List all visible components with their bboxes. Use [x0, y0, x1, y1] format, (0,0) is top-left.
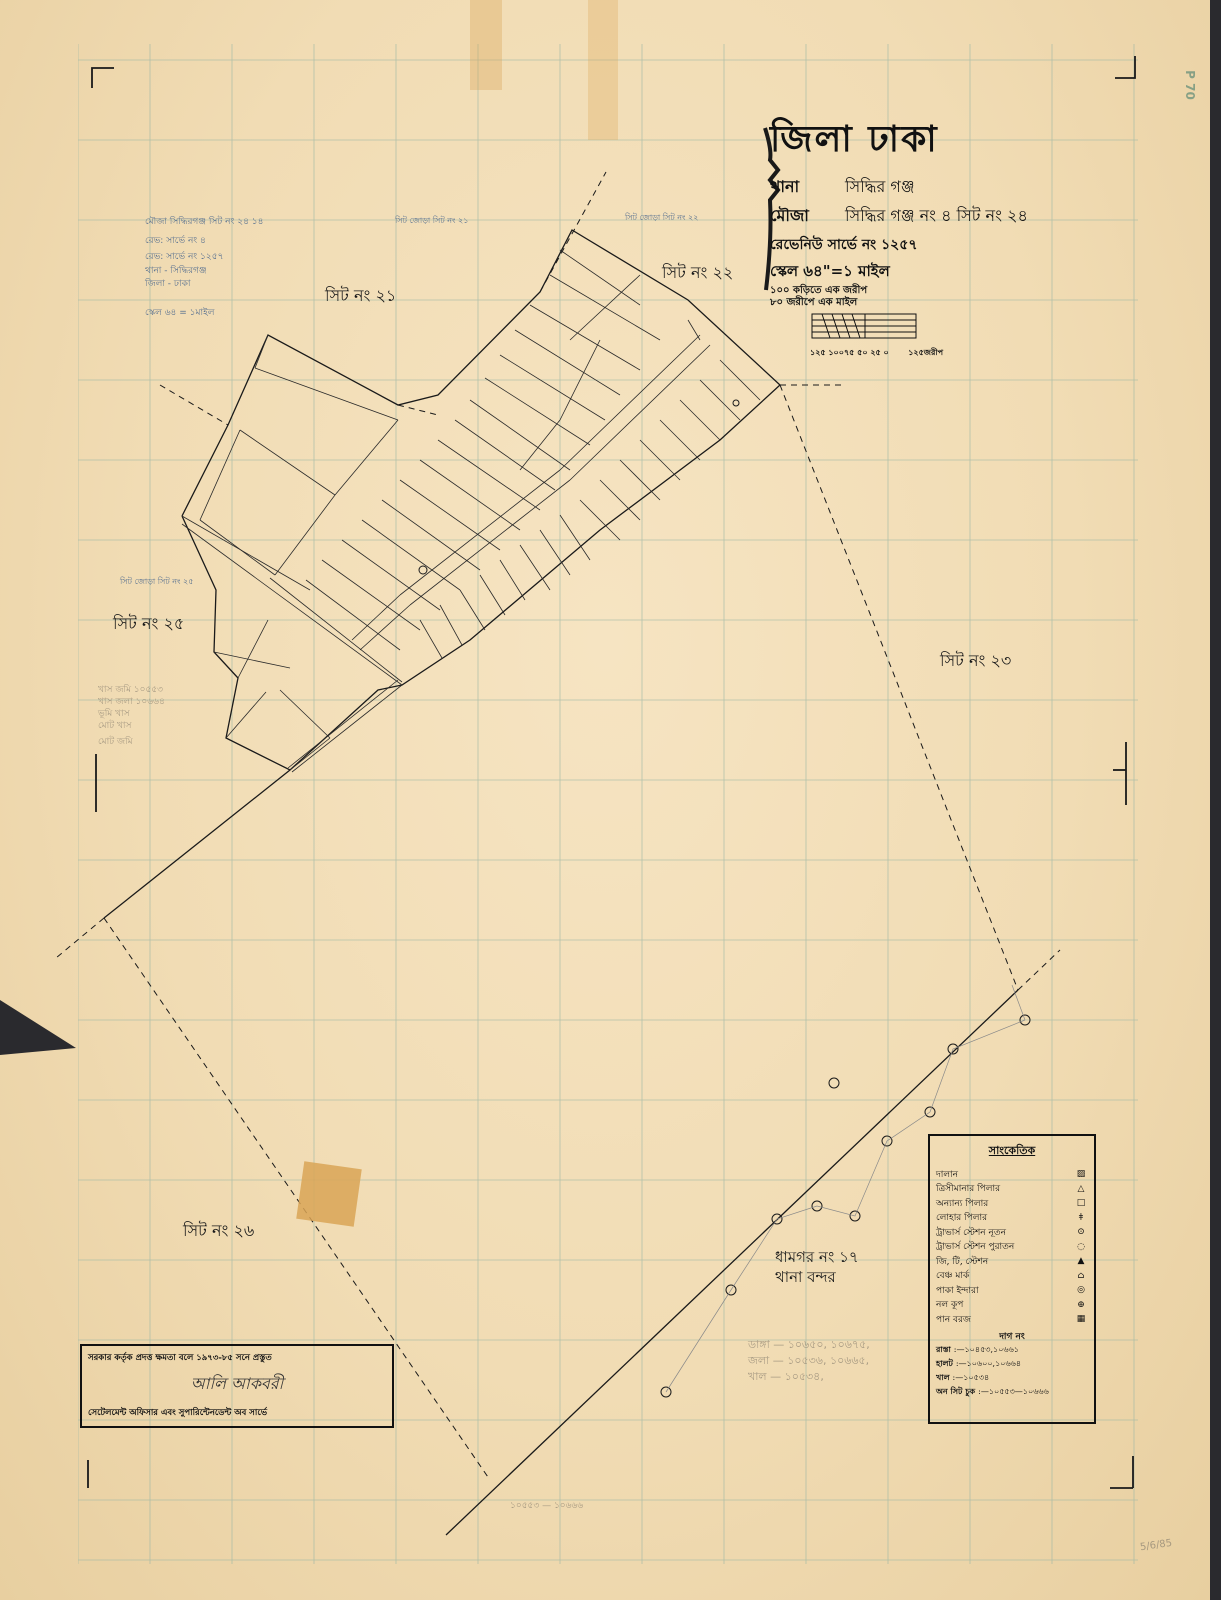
title-block: জিলা ঢাকা থানা সিদ্ধির গঞ্জ মৌজা সিদ্ধির…: [770, 112, 1100, 358]
scale-bar-labels: ১২৫ ১০০৭৫ ৫০ ২৫ ০ ১২৫জরীপ: [810, 346, 1100, 358]
pencil-note: রেভ: সার্ভে নং ৪: [145, 233, 206, 248]
dag-header: দাগ নং: [930, 1329, 1094, 1344]
legend-label: পান বরজ: [936, 1312, 971, 1327]
traverse-station-old-icon: ◌: [1074, 1242, 1088, 1252]
district-title: জিলা ঢাকা: [770, 112, 1100, 172]
dag-row: অন সিট চুক:—১০৫৫৩—১০৬৬৬: [930, 1386, 1094, 1400]
legend-item: পান বরজ▦: [930, 1312, 1094, 1327]
traverse-station-new-icon: ⊙: [1074, 1227, 1088, 1237]
thana-value: সিদ্ধির গঞ্জ: [845, 174, 915, 201]
dag-value: :—১০৫৩৪: [953, 1372, 990, 1385]
pencil-note: মোট জমি: [98, 734, 133, 749]
legend-item: ট্রাভার্স স্টেশন পুরাতন◌: [930, 1240, 1094, 1255]
legend-item: লোহার পিলারǂ: [930, 1211, 1094, 1226]
dag-value: :—১০৬০০,১০৬৬৪: [956, 1358, 1021, 1371]
legend-item: জি, টি, স্টেশন▲: [930, 1254, 1094, 1269]
building-icon: ▨: [1074, 1169, 1088, 1179]
pencil-note: স্কেল ৬৪ = ১মাইল: [145, 305, 215, 320]
pencil-note: ১০৫৫৩ — ১০৬৬৬: [510, 1498, 583, 1513]
dag-value: :—১০৫৫৩—১০৬৬৬: [978, 1386, 1049, 1399]
thana-key: থানা: [770, 174, 845, 201]
pencil-note: খাল — ১০৫৩৪,: [748, 1368, 824, 1387]
legend-item: বেঞ্চ মার্ক⌂: [930, 1269, 1094, 1284]
officer-designation: সেটেলমেন্ট অফিসার এবং সুপারিন্টেনডেন্ট অ…: [82, 1398, 392, 1420]
dag-label: হালট: [936, 1358, 953, 1371]
gt-station-icon: ▲: [1074, 1256, 1088, 1266]
dag-row: হালট:—১০৬০০,১০৬৬৪: [930, 1358, 1094, 1372]
dag-label: খাল: [936, 1372, 950, 1385]
neighbour-mouza-thana: থানা বন্দর: [775, 1266, 836, 1291]
masonry-well-icon: ◎: [1074, 1285, 1088, 1295]
iron-pillar-icon: ǂ: [1074, 1213, 1088, 1223]
adjacent-sheet-21: সিট নং ২১: [325, 283, 396, 310]
officer-signature: আলি আকবরী: [82, 1371, 392, 1398]
south-west-boundary: [104, 770, 290, 918]
legend-label: লোহার পিলার: [936, 1210, 987, 1225]
sheet-corner-number: P 70: [1183, 70, 1197, 100]
scale-note-2: ৮০ জরীপে এক মাইল: [770, 297, 1100, 309]
dag-label: অন সিট চুক: [936, 1386, 975, 1399]
legend-title: সাংকেতিক: [930, 1142, 1094, 1161]
legend-label: ট্রাভার্স স্টেশন নূতন: [936, 1225, 1006, 1240]
certification-line: সরকার কর্তৃক প্রদত্ত ক্ষমতা বলে ১৯৭৩-৮৫ …: [82, 1346, 392, 1365]
dag-row: রাস্তা:—১০৪৫৩,১০৬৬১: [930, 1344, 1094, 1358]
legend-item: ট্রাভার্স স্টেশন নূতন⊙: [930, 1225, 1094, 1240]
adjacent-sheet-25: সিট নং ২৫: [113, 611, 184, 638]
tape-stain: [296, 1161, 362, 1227]
pencil-note: জিলা - ঢাকা: [145, 276, 191, 291]
tape-stain-top: [470, 0, 502, 90]
legend-label: ট্রাভার্স স্টেশন পুরাতন: [936, 1239, 1014, 1254]
pencil-note: রেভ: সার্ভে নং ১২৫৭: [145, 249, 223, 264]
tape-stain-top: [588, 0, 618, 140]
legend-item: ত্রিসীমানার পিলার△: [930, 1182, 1094, 1197]
map-scale: স্কেল ৬৪"=১ মাইল: [770, 260, 1100, 285]
legend-item: দালান▨: [930, 1167, 1094, 1182]
legend-label: জি, টি, স্টেশন: [936, 1254, 988, 1269]
legend-item: পাকা ইন্দারা◎: [930, 1283, 1094, 1298]
legend-label: পাকা ইন্দারা: [936, 1283, 979, 1298]
pencil-sheet-ref: সিট জোড়া সিট নং ২৫: [120, 576, 193, 589]
scale-bar-left-label: ১২৫ ১০০৭৫ ৫০ ২৫ ০: [810, 347, 889, 357]
legend-label: নল কূপ: [936, 1297, 963, 1312]
mouza-value: সিদ্ধির গঞ্জ নং ৪ সিট নং ২৪: [845, 203, 1028, 230]
legend-label: বেঞ্চ মার্ক: [936, 1268, 969, 1283]
bench-mark-icon: ⌂: [1074, 1271, 1088, 1281]
dag-label: রাস্তা: [936, 1344, 951, 1357]
betel-garden-icon: ▦: [1074, 1314, 1088, 1324]
adjacent-sheet-26: সিট নং ২৬: [183, 1218, 254, 1245]
mouza-key: মৌজা: [770, 203, 845, 230]
adjacent-sheet-23: সিট নং ২৩: [940, 648, 1011, 675]
scale-bar: [810, 312, 920, 342]
tube-well-icon: ⊕: [1074, 1300, 1088, 1310]
thana-row: থানা সিদ্ধির গঞ্জ: [770, 174, 1100, 201]
pencil-sheet-ref: সিট জোড়া সিট নং ২২: [625, 212, 698, 225]
pencil-note: মোট খাস: [98, 718, 132, 733]
adjacent-sheet-22: সিট নং ২২: [662, 260, 733, 287]
pencil-sheet-ref: সিট জোড়া সিট নং ২১: [395, 215, 468, 228]
mouza-row: মৌজা সিদ্ধির গঞ্জ নং ৪ সিট নং ২৪: [770, 203, 1100, 230]
legend-box: সাংকেতিক দালান▨ ত্রিসীমানার পিলার△ অন্যা…: [928, 1134, 1096, 1424]
cadastral-map-sheet: জিলা ঢাকা থানা সিদ্ধির গঞ্জ মৌজা সিদ্ধির…: [0, 0, 1210, 1600]
dag-value: :—১০৪৫৩,১০৬৬১: [954, 1344, 1019, 1357]
tri-junction-pillar-icon: △: [1074, 1184, 1088, 1194]
dag-row: খাল:—১০৫৩৪: [930, 1372, 1094, 1386]
legend-item: অন্যান্য পিলার□: [930, 1196, 1094, 1211]
scale-bar-right-label: ১২৫জরীপ: [908, 347, 943, 357]
scale-note-1: ১০০ কড়িতে এক জরীপ: [770, 285, 1100, 297]
legend-label: অন্যান্য পিলার: [936, 1196, 988, 1211]
other-pillar-icon: □: [1074, 1198, 1088, 1208]
revenue-survey-number: রেভেনিউ সার্ভে নং ১২৫৭: [770, 233, 1100, 257]
legend-label: ত্রিসীমানার পিলার: [936, 1181, 1000, 1196]
certification-box: সরকার কর্তৃক প্রদত্ত ক্ষমতা বলে ১৯৭৩-৮৫ …: [80, 1344, 394, 1428]
legend-label: দালান: [936, 1167, 958, 1182]
pencil-note: মৌজা সিদ্ধিরগঞ্জ সিট নং ২৪ ১৪: [145, 214, 263, 229]
parcel-cluster-outline: [182, 230, 780, 770]
legend-item: নল কূপ⊕: [930, 1298, 1094, 1313]
